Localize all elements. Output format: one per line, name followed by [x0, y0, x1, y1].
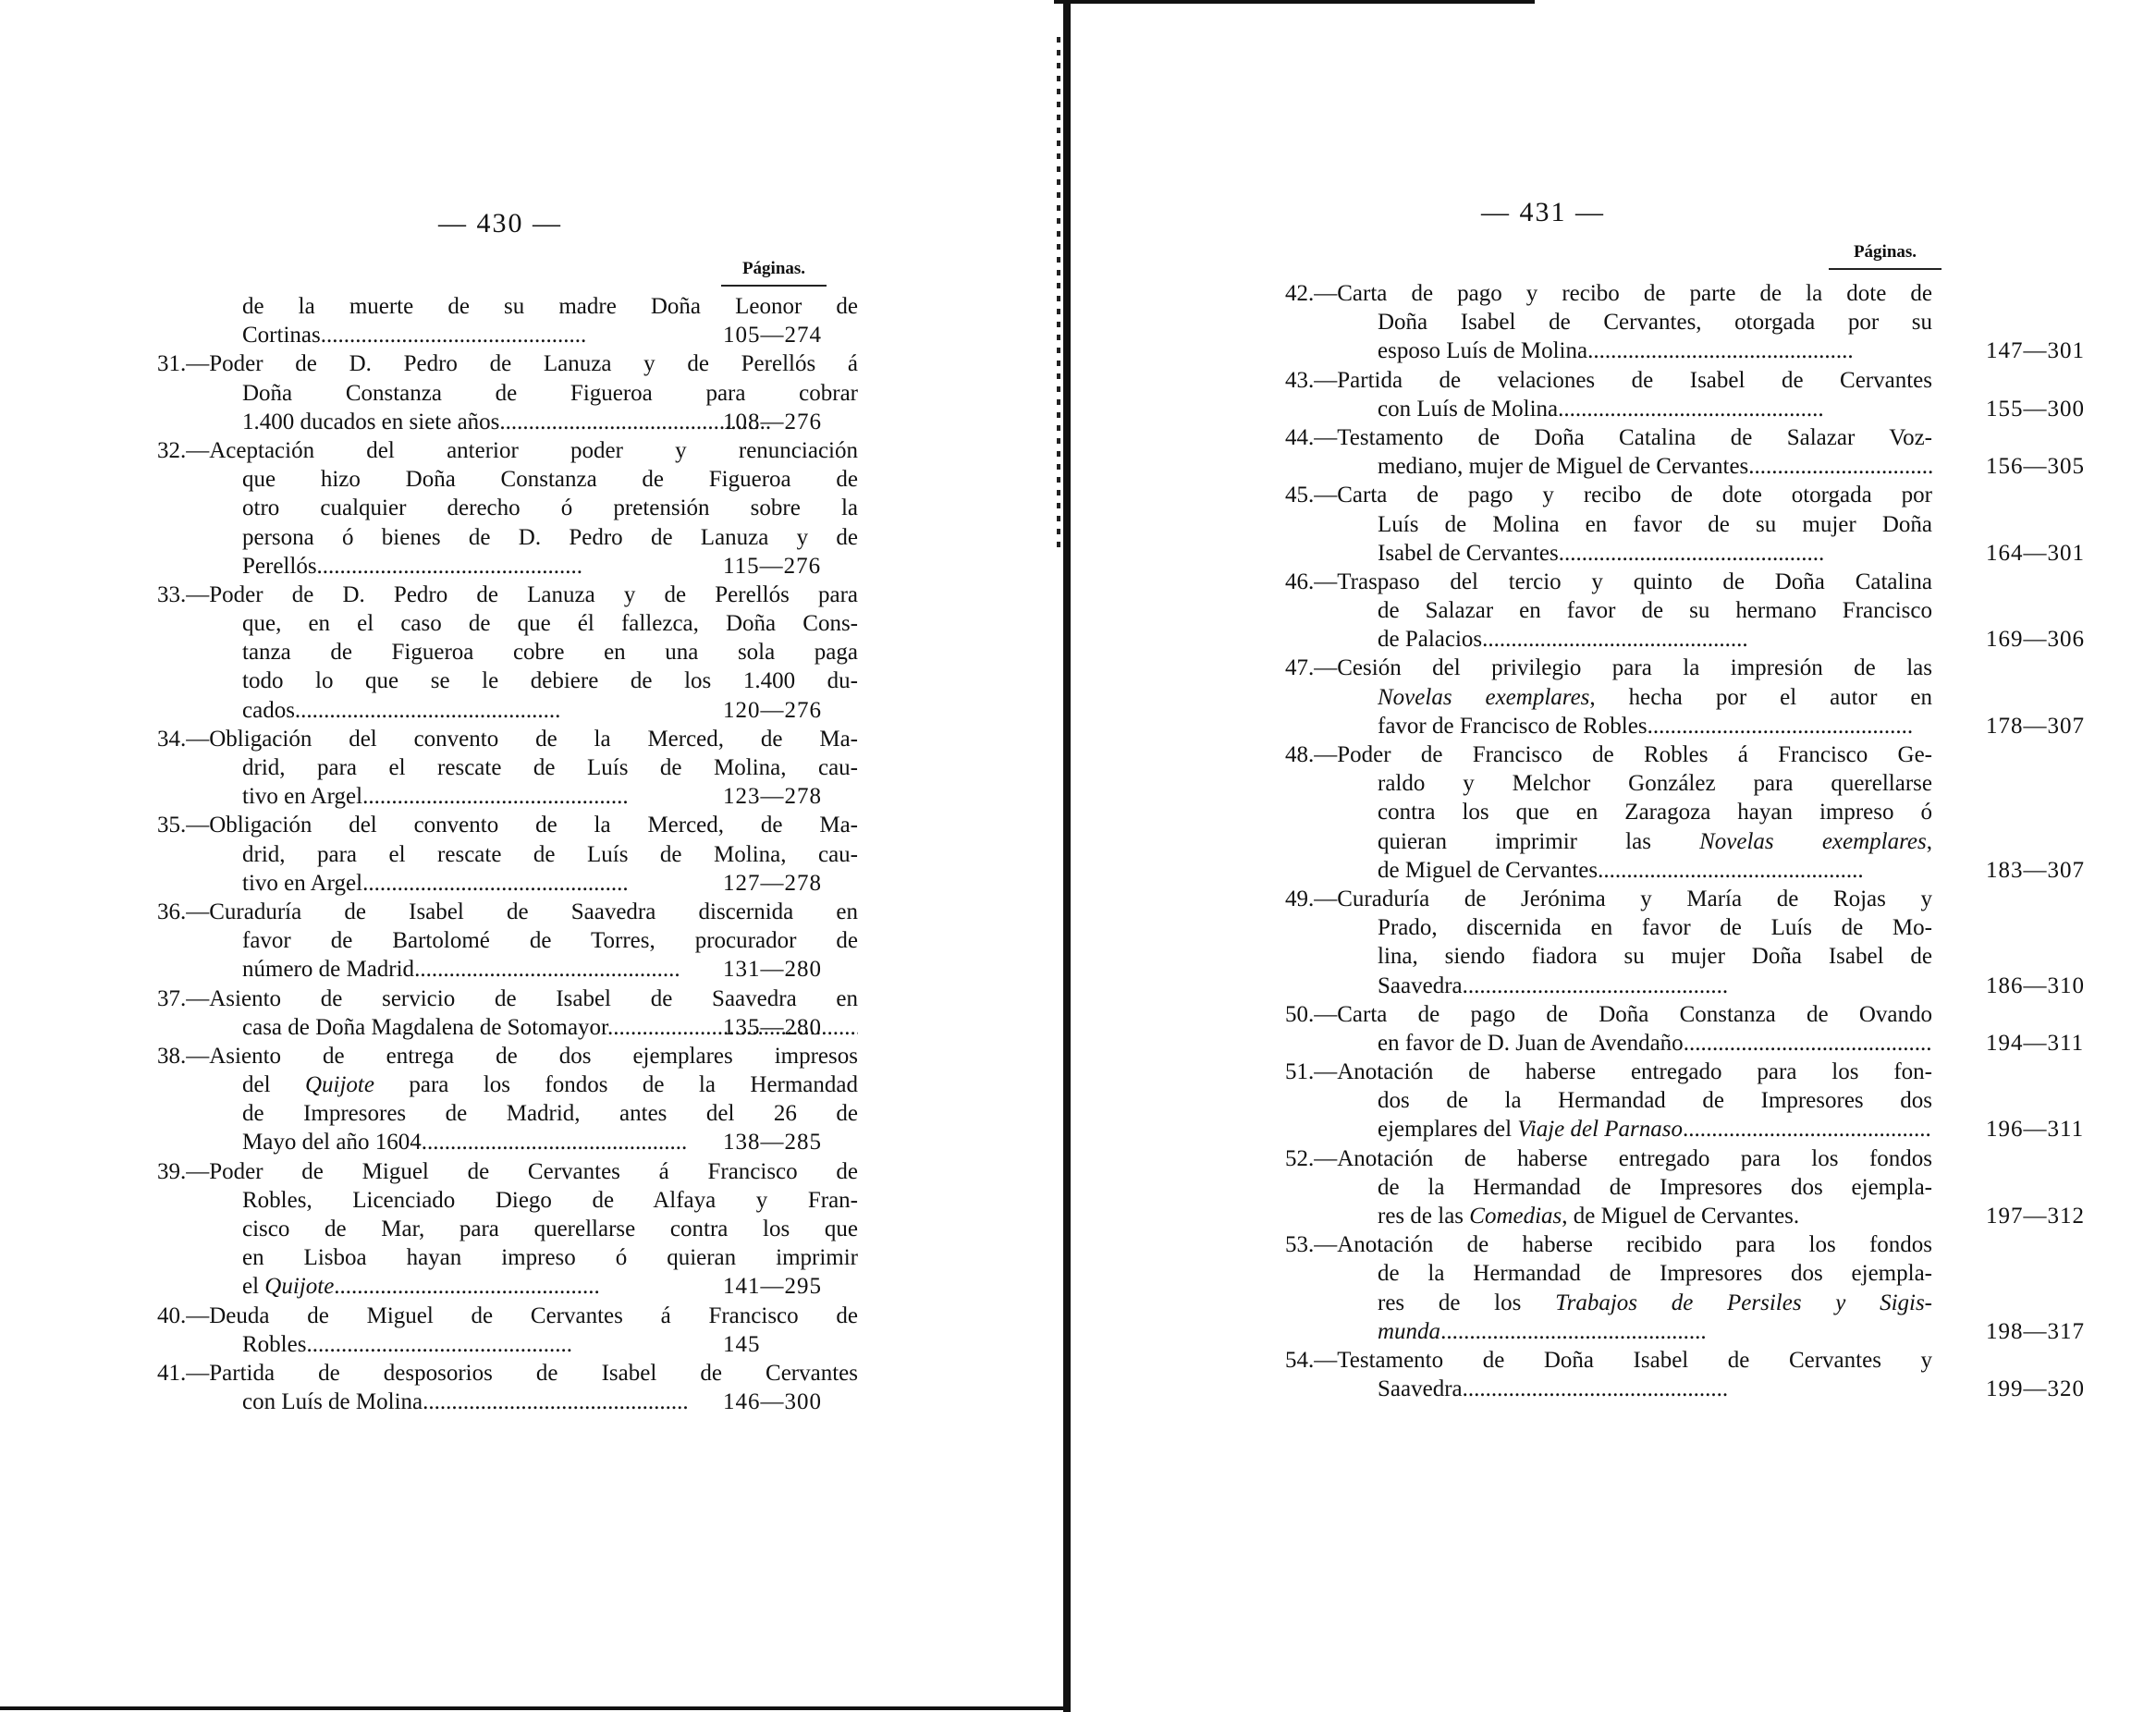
entry-line: 40.—Deuda de Miguel de Cervantes á Franc… — [157, 1302, 832, 1330]
entry-line: otro cualquier derecho ó pretensión sobr… — [157, 494, 832, 522]
entry-line: de la muerte de su madre Doña Leonor de — [157, 292, 832, 321]
dot-leader: ........................................… — [1684, 1031, 1932, 1056]
entry-number: 45. — [1285, 481, 1314, 509]
entry-line: de Impresores de Madrid, antes del 26 de — [157, 1099, 832, 1128]
entry-line: Doña Isabel de Cervantes, otorgada por s… — [1285, 308, 2101, 336]
dot-leader: ........................................… — [362, 784, 629, 809]
entry-line: 38.—Asiento de entrega de dos ejemplares… — [157, 1042, 832, 1070]
dot-leader: ........................................… — [1598, 858, 1864, 883]
entry-line: 50.—Carta de pago de Doña Constanza de O… — [1285, 1000, 2101, 1029]
entry-line: res de los Trabajos de Persiles y Sigis- — [1285, 1289, 2101, 1317]
entry-line: 48.—Poder de Francisco de Robles á Franc… — [1285, 740, 2101, 769]
entry-line: 54.—Testamento de Doña Isabel de Cervant… — [1285, 1346, 2101, 1375]
index-entry: 33.—Poder de D. Pedro de Lanuza y de Per… — [157, 581, 832, 725]
entry-text: 35.—Obligación del convento de la Merced… — [157, 811, 858, 839]
entry-line: 35.—Obligación del convento de la Merced… — [157, 811, 832, 839]
dot-leader: ........................................… — [1463, 1376, 1729, 1401]
page-reference: 196—311 — [1986, 1115, 2084, 1143]
entry-text: quieran imprimir las Novelas exemplares, — [1378, 827, 1932, 856]
page-reference: 141—295 — [723, 1272, 822, 1301]
entry-number: 48. — [1285, 740, 1314, 769]
entry-number: 34. — [157, 725, 186, 753]
entry-line: de Salazar en favor de su hermano Franci… — [1285, 596, 2101, 625]
entry-line: favor de Francisco de Robles............… — [1285, 712, 2101, 740]
dot-leader: ........................................… — [423, 1389, 689, 1414]
italic-title: Quijote — [305, 1072, 374, 1097]
entry-text: raldo y Melchor González para querellars… — [1378, 769, 1932, 798]
index-entry: 36.—Curaduría de Isabel de Saavedra disc… — [157, 898, 832, 984]
index-entry: 52.—Anotación de haberse entregado para … — [1285, 1144, 2101, 1231]
entry-line: drid, para el rescate de Luís de Molina,… — [157, 753, 832, 782]
entry-line: 49.—Curaduría de Jerónima y María de Roj… — [1285, 885, 2101, 913]
entry-text: favor de Bartolomé de Torres, procurador… — [242, 926, 858, 955]
entry-line: 37.—Asiento de servicio de Isabel de Saa… — [157, 984, 832, 1013]
dot-leader: ........................................… — [1440, 1319, 1707, 1344]
entry-text: 40.—Deuda de Miguel de Cervantes á Franc… — [157, 1302, 858, 1330]
entry-line: Saavedra................................… — [1285, 1375, 2101, 1403]
entry-line: que hizo Doña Constanza de Figueroa de — [157, 465, 832, 494]
entry-line: Robles..................................… — [157, 1330, 832, 1359]
entry-line: de la Hermandad de Impresores dos ejempl… — [1285, 1173, 2101, 1202]
entry-line: 52.—Anotación de haberse entregado para … — [1285, 1144, 2101, 1173]
index-entry: 32.—Aceptación del anterior poder y renu… — [157, 436, 832, 581]
entry-line: Cortinas................................… — [157, 321, 832, 349]
entry-number: 33. — [157, 581, 186, 609]
entry-text: lina, siendo fiadora su mujer Doña Isabe… — [1378, 942, 1932, 971]
entry-text: Isabel de Cervantes.....................… — [1378, 539, 1932, 568]
entry-line: todo lo que se le debiere de los 1.400 d… — [157, 666, 832, 695]
entry-line: que, en el caso de que él fallezca, Doña… — [157, 609, 832, 638]
italic-title: munda — [1378, 1319, 1440, 1344]
entry-number: 36. — [157, 898, 186, 926]
pages-column-header: Páginas. — [721, 259, 827, 287]
entry-text: de Salazar en favor de su hermano Franci… — [1378, 596, 1932, 625]
entry-number: 37. — [157, 984, 186, 1013]
entry-line: Mayo del año 1604.......................… — [157, 1128, 832, 1156]
entry-number: 54. — [1285, 1346, 1314, 1375]
index-entry: 38.—Asiento de entrega de dos ejemplares… — [157, 1042, 832, 1157]
entry-line: de la Hermandad de Impresores dos ejempl… — [1285, 1259, 2101, 1288]
dot-leader: ........................................… — [362, 871, 629, 896]
entry-line: 44.—Testamento de Doña Catalina de Salaz… — [1285, 423, 2101, 452]
entry-line: esposo Luís de Molina...................… — [1285, 336, 2101, 365]
entry-text: res de los Trabajos de Persiles y Sigis- — [1378, 1289, 1932, 1317]
entry-text: 52.—Anotación de haberse entregado para … — [1285, 1144, 1932, 1173]
dot-leader: ........................................… — [317, 554, 583, 579]
entry-text: 54.—Testamento de Doña Isabel de Cervant… — [1285, 1346, 1932, 1375]
index-entries: 42.—Carta de pago y recibo de parte de l… — [1285, 279, 2101, 1403]
entry-text: favor de Francisco de Robles............… — [1378, 712, 1932, 740]
index-entry: 45.—Carta de pago y recibo de dote otorg… — [1285, 481, 2101, 568]
index-entries: de la muerte de su madre Doña Leonor deC… — [157, 292, 832, 1416]
index-entry: 39.—Poder de Miguel de Cervantes á Franc… — [157, 1157, 832, 1302]
dot-leader: ........................................… — [1683, 1117, 1932, 1142]
entry-text: 51.—Anotación de haberse entregado para … — [1285, 1058, 1932, 1086]
entry-line: tivo en Argel...........................… — [157, 782, 832, 811]
entry-line: munda...................................… — [1285, 1317, 2101, 1346]
entry-line: 39.—Poder de Miguel de Cervantes á Franc… — [157, 1157, 832, 1186]
entry-text: todo lo que se le debiere de los 1.400 d… — [242, 666, 858, 695]
entry-text: Doña Constanza de Figueroa para cobrar — [242, 379, 858, 408]
dot-leader: ........................................… — [321, 323, 587, 348]
entry-text: otro cualquier derecho ó pretensión sobr… — [242, 494, 858, 522]
dot-leader: ........................................… — [414, 957, 680, 982]
entry-text: 34.—Obligación del convento de la Merced… — [157, 725, 858, 753]
entry-line: del Quijote para los fondos de la Herman… — [157, 1070, 832, 1099]
italic-title: Comedias — [1469, 1204, 1562, 1229]
index-entry: 41.—Partida de desposorios de Isabel de … — [157, 1359, 832, 1416]
index-entry: 51.—Anotación de haberse entregado para … — [1285, 1058, 2101, 1144]
page-reference: 108—276 — [723, 408, 822, 436]
page-reference: 105—274 — [723, 321, 822, 349]
entry-text: persona ó bienes de D. Pedro de Lanuza y… — [242, 523, 858, 552]
entry-text: mediano, mujer de Miguel de Cervantes...… — [1378, 452, 1932, 481]
entry-line: 47.—Cesión del privilegio para la impres… — [1285, 654, 2101, 682]
entry-line: res de las Comedias, de Miguel de Cervan… — [1285, 1202, 2101, 1230]
entry-text: 31.—Poder de D. Pedro de Lanuza y de Per… — [157, 349, 858, 378]
entry-line: quieran imprimir las Novelas exemplares, — [1285, 827, 2101, 856]
page-reference: 120—276 — [723, 696, 822, 725]
entry-line: casa de Doña Magdalena de Sotomayor.....… — [157, 1013, 832, 1042]
entry-line: ejemplares del Viaje del Parnaso........… — [1285, 1115, 2101, 1143]
entry-text: ejemplares del Viaje del Parnaso........… — [1378, 1115, 1932, 1143]
index-entry: 40.—Deuda de Miguel de Cervantes á Franc… — [157, 1302, 832, 1359]
entry-line: 51.—Anotación de haberse entregado para … — [1285, 1058, 2101, 1086]
entry-number: 32. — [157, 436, 186, 465]
page-reference: 164—301 — [1986, 539, 2085, 568]
index-entry: 54.—Testamento de Doña Isabel de Cervant… — [1285, 1346, 2101, 1403]
entry-text: con Luís de Molina......................… — [1378, 395, 1932, 423]
entry-number: 31. — [157, 349, 186, 378]
entry-line: dos de la Hermandad de Impresores dos — [1285, 1086, 2101, 1115]
page-reference: 169—306 — [1986, 625, 2085, 654]
page-number: — 430 — — [438, 208, 562, 239]
entry-line: 42.—Carta de pago y recibo de parte de l… — [1285, 279, 2101, 308]
entry-number: 43. — [1285, 366, 1314, 395]
dot-leader: ........................................… — [1482, 627, 1748, 652]
entry-line: de Palacios.............................… — [1285, 625, 2101, 654]
page-reference: 198—317 — [1986, 1317, 2085, 1346]
entry-text: Luís de Molina en favor de su mujer Doña — [1378, 510, 1932, 539]
entry-text: 36.—Curaduría de Isabel de Saavedra disc… — [157, 898, 858, 926]
page-reference: 156—305 — [1986, 452, 2085, 481]
entry-text: dos de la Hermandad de Impresores dos — [1378, 1086, 1932, 1115]
index-entry: 43.—Partida de velaciones de Isabel de C… — [1285, 366, 2101, 423]
entry-line: 53.—Anotación de haberse recibido para l… — [1285, 1230, 2101, 1259]
page-reference: 194—311 — [1986, 1029, 2084, 1058]
entry-text: munda...................................… — [1378, 1317, 1932, 1346]
page-reference: 186—310 — [1986, 972, 2085, 1000]
entry-line: Perellós................................… — [157, 552, 832, 581]
entry-number: 41. — [157, 1359, 186, 1388]
entry-line: 43.—Partida de velaciones de Isabel de C… — [1285, 366, 2101, 395]
entry-line: 32.—Aceptación del anterior poder y renu… — [157, 436, 832, 465]
page-reference: 131—280 — [723, 955, 822, 984]
entry-text: esposo Luís de Molina...................… — [1378, 336, 1932, 365]
page-reference: 138—285 — [723, 1128, 822, 1156]
entry-line: de Miguel de Cervantes..................… — [1285, 856, 2101, 885]
page-reference: 145 — [723, 1330, 761, 1359]
index-entry: 49.—Curaduría de Jerónima y María de Roj… — [1285, 885, 2101, 1000]
dot-leader: ........................................… — [1648, 714, 1914, 739]
entry-text: contra los que en Zaragoza hayan impreso… — [1378, 798, 1932, 826]
index-entry: 42.—Carta de pago y recibo de parte de l… — [1285, 279, 2101, 366]
entry-line: favor de Bartolomé de Torres, procurador… — [157, 926, 832, 955]
entry-text: 41.—Partida de desposorios de Isabel de … — [157, 1359, 858, 1388]
entry-number: 52. — [1285, 1144, 1314, 1173]
index-entry: 31.—Poder de D. Pedro de Lanuza y de Per… — [157, 349, 832, 436]
entry-line: contra los que en Zaragoza hayan impreso… — [1285, 798, 2101, 826]
entry-line: Prado, discernida en favor de Luís de Mo… — [1285, 913, 2101, 942]
italic-title: Viaje del Parnaso — [1517, 1117, 1683, 1142]
entry-text: del Quijote para los fondos de la Herman… — [242, 1070, 858, 1099]
page-reference: 123—278 — [723, 782, 822, 811]
entry-text: res de las Comedias, de Miguel de Cervan… — [1378, 1202, 1932, 1230]
italic-title: Quijote — [264, 1274, 334, 1299]
entry-text: 43.—Partida de velaciones de Isabel de C… — [1285, 366, 1932, 395]
entry-number: 44. — [1285, 423, 1314, 452]
pages-column-header: Páginas. — [1829, 242, 1942, 270]
entry-line: el Quijote..............................… — [157, 1272, 832, 1301]
dot-leader: ........................................… — [295, 698, 561, 723]
page-reference: 155—300 — [1986, 395, 2085, 423]
entry-text: de Impresores de Madrid, antes del 26 de — [242, 1099, 858, 1128]
entry-text: que, en el caso de que él fallezca, Doña… — [242, 609, 858, 638]
page-reference: 197—312 — [1986, 1202, 2085, 1230]
entry-line: 36.—Curaduría de Isabel de Saavedra disc… — [157, 898, 832, 926]
entry-text: 50.—Carta de pago de Doña Constanza de O… — [1285, 1000, 1932, 1029]
entry-line: con Luís de Molina......................… — [1285, 395, 2101, 423]
entry-line: drid, para el rescate de Luís de Molina,… — [157, 840, 832, 869]
left-page: — 430 — Páginas. de la muerte de su madr… — [0, 0, 1063, 1712]
entry-text: que hizo Doña Constanza de Figueroa de — [242, 465, 858, 494]
dot-leader: ........................................… — [1748, 454, 1932, 479]
entry-text: 37.—Asiento de servicio de Isabel de Saa… — [157, 984, 858, 1013]
entry-text: de la Hermandad de Impresores dos ejempl… — [1378, 1259, 1932, 1288]
entry-number: 51. — [1285, 1058, 1314, 1086]
entry-text: 49.—Curaduría de Jerónima y María de Roj… — [1285, 885, 1932, 913]
entry-line: tivo en Argel...........................… — [157, 869, 832, 898]
page-reference: 115—276 — [723, 552, 821, 581]
index-entry: 46.—Traspaso del tercio y quinto de Doña… — [1285, 568, 2101, 654]
entry-number: 38. — [157, 1042, 186, 1070]
entry-text: 53.—Anotación de haberse recibido para l… — [1285, 1230, 1932, 1259]
entry-text: 38.—Asiento de entrega de dos ejemplares… — [157, 1042, 858, 1070]
entry-line: Doña Constanza de Figueroa para cobrar — [157, 379, 832, 408]
entry-line: cisco de Mar, para querellarse contra lo… — [157, 1215, 832, 1243]
entry-line: Isabel de Cervantes.....................… — [1285, 539, 2101, 568]
entry-line: raldo y Melchor González para querellars… — [1285, 769, 2101, 798]
entry-text: en favor de D. Juan de Avendaño.........… — [1378, 1029, 1932, 1058]
entry-line: Saavedra................................… — [1285, 972, 2101, 1000]
dot-leader: ........................................… — [422, 1130, 688, 1155]
page-reference: 147—301 — [1986, 336, 2085, 365]
entry-text: 46.—Traspaso del tercio y quinto de Doña… — [1285, 568, 1932, 596]
entry-text: 45.—Carta de pago y recibo de dote otorg… — [1285, 481, 1932, 509]
entry-number: 42. — [1285, 279, 1314, 308]
entry-text: 44.—Testamento de Doña Catalina de Salaz… — [1285, 423, 1932, 452]
entry-line: 33.—Poder de D. Pedro de Lanuza y de Per… — [157, 581, 832, 609]
dot-leader: ........................................… — [334, 1274, 600, 1299]
dot-leader: ........................................… — [1559, 541, 1825, 566]
entry-number: 46. — [1285, 568, 1314, 596]
page-reference: 146—300 — [723, 1388, 822, 1416]
italic-title: Trabajos de Persiles y Sigis- — [1555, 1290, 1932, 1315]
entry-line: 41.—Partida de desposorios de Isabel de … — [157, 1359, 832, 1388]
entry-text: 33.—Poder de D. Pedro de Lanuza y de Per… — [157, 581, 858, 609]
entry-text: Novelas exemplares, hecha por el autor e… — [1378, 683, 1932, 712]
index-entry: 47.—Cesión del privilegio para la impres… — [1285, 654, 2101, 740]
entry-text: Doña Isabel de Cervantes, otorgada por s… — [1378, 308, 1932, 336]
entry-line: 46.—Traspaso del tercio y quinto de Doña… — [1285, 568, 2101, 596]
entry-line: 1.400 ducados en siete años.............… — [157, 408, 832, 436]
entry-text: Saavedra................................… — [1378, 972, 1932, 1000]
entry-number: 40. — [157, 1302, 186, 1330]
entry-text: Saavedra................................… — [1378, 1375, 1932, 1403]
italic-title: Novelas exemplares — [1378, 685, 1589, 710]
entry-text: en Lisboa hayan impreso ó quieran imprim… — [242, 1243, 858, 1272]
entry-number: 39. — [157, 1157, 186, 1186]
entry-number: 49. — [1285, 885, 1314, 913]
entry-number: 53. — [1285, 1230, 1314, 1259]
index-entry: 50.—Carta de pago de Doña Constanza de O… — [1285, 1000, 2101, 1058]
entry-number: 50. — [1285, 1000, 1314, 1029]
right-page: — 431 — Páginas. 42.—Carta de pago y rec… — [1063, 0, 2156, 1712]
entry-line: tanza de Figueroa cobre en una sola paga — [157, 638, 832, 666]
index-entry: 53.—Anotación de haberse recibido para l… — [1285, 1230, 2101, 1346]
entry-text: 48.—Poder de Francisco de Robles á Franc… — [1285, 740, 1932, 769]
entry-line: en favor de D. Juan de Avendaño.........… — [1285, 1029, 2101, 1058]
entry-line: en Lisboa hayan impreso ó quieran imprim… — [157, 1243, 832, 1272]
entry-text: 39.—Poder de Miguel de Cervantes á Franc… — [157, 1157, 858, 1186]
entry-line: número de Madrid........................… — [157, 955, 832, 984]
entry-line: mediano, mujer de Miguel de Cervantes...… — [1285, 452, 2101, 481]
index-entry: 34.—Obligación del convento de la Merced… — [157, 725, 832, 812]
entry-line: 45.—Carta de pago y recibo de dote otorg… — [1285, 481, 2101, 509]
page-reference: 127—278 — [723, 869, 822, 898]
entry-text: de la muerte de su madre Doña Leonor de — [242, 292, 858, 321]
dot-leader: ........................................… — [1463, 973, 1729, 998]
entry-text: drid, para el rescate de Luís de Molina,… — [242, 753, 858, 782]
entry-line: Novelas exemplares, hecha por el autor e… — [1285, 683, 2101, 712]
entry-line: Luís de Molina en favor de su mujer Doña — [1285, 510, 2101, 539]
entry-line: 34.—Obligación del convento de la Merced… — [157, 725, 832, 753]
italic-title: Novelas exemplares — [1699, 829, 1927, 854]
entry-line: cados...................................… — [157, 696, 832, 725]
dot-leader: ........................................… — [1558, 397, 1824, 422]
dot-leader: ........................................… — [306, 1332, 572, 1357]
index-entry: 44.—Testamento de Doña Catalina de Salaz… — [1285, 423, 2101, 481]
index-entry: de la muerte de su madre Doña Leonor deC… — [157, 292, 832, 349]
page-reference: 135—280 — [723, 1013, 822, 1042]
entry-text: 32.—Aceptación del anterior poder y renu… — [157, 436, 858, 465]
entry-text: de Miguel de Cervantes..................… — [1378, 856, 1932, 885]
entry-text: Robles, Licenciado Diego de Alfaya y Fra… — [242, 1186, 858, 1215]
index-entry: 48.—Poder de Francisco de Robles á Franc… — [1285, 740, 2101, 885]
entry-text: tanza de Figueroa cobre en una sola paga — [242, 638, 858, 666]
entry-text: drid, para el rescate de Luís de Molina,… — [242, 840, 858, 869]
entry-number: 35. — [157, 811, 186, 839]
entry-text: 47.—Cesión del privilegio para la impres… — [1285, 654, 1932, 682]
dot-leader: ........................................… — [1587, 338, 1854, 363]
index-entry: 37.—Asiento de servicio de Isabel de Saa… — [157, 984, 832, 1042]
entry-line: 31.—Poder de D. Pedro de Lanuza y de Per… — [157, 349, 832, 378]
entry-text: Robles..................................… — [242, 1330, 858, 1359]
entry-line: lina, siendo fiadora su mujer Doña Isabe… — [1285, 942, 2101, 971]
entry-text: de Palacios.............................… — [1378, 625, 1932, 654]
entry-line: Robles, Licenciado Diego de Alfaya y Fra… — [157, 1186, 832, 1215]
entry-text: 42.—Carta de pago y recibo de parte de l… — [1285, 279, 1932, 308]
page-number: — 431 — — [1481, 197, 1605, 228]
entry-line: con Luís de Molina......................… — [157, 1388, 832, 1416]
page-reference: 199—320 — [1986, 1375, 2085, 1403]
entry-text: Prado, discernida en favor de Luís de Mo… — [1378, 913, 1932, 942]
index-entry: 35.—Obligación del convento de la Merced… — [157, 811, 832, 898]
entry-text: de la Hermandad de Impresores dos ejempl… — [1378, 1173, 1932, 1202]
entry-line: persona ó bienes de D. Pedro de Lanuza y… — [157, 523, 832, 552]
page-reference: 178—307 — [1986, 712, 2085, 740]
entry-number: 47. — [1285, 654, 1314, 682]
page-reference: 183—307 — [1986, 856, 2085, 885]
entry-text: cisco de Mar, para querellarse contra lo… — [242, 1215, 858, 1243]
